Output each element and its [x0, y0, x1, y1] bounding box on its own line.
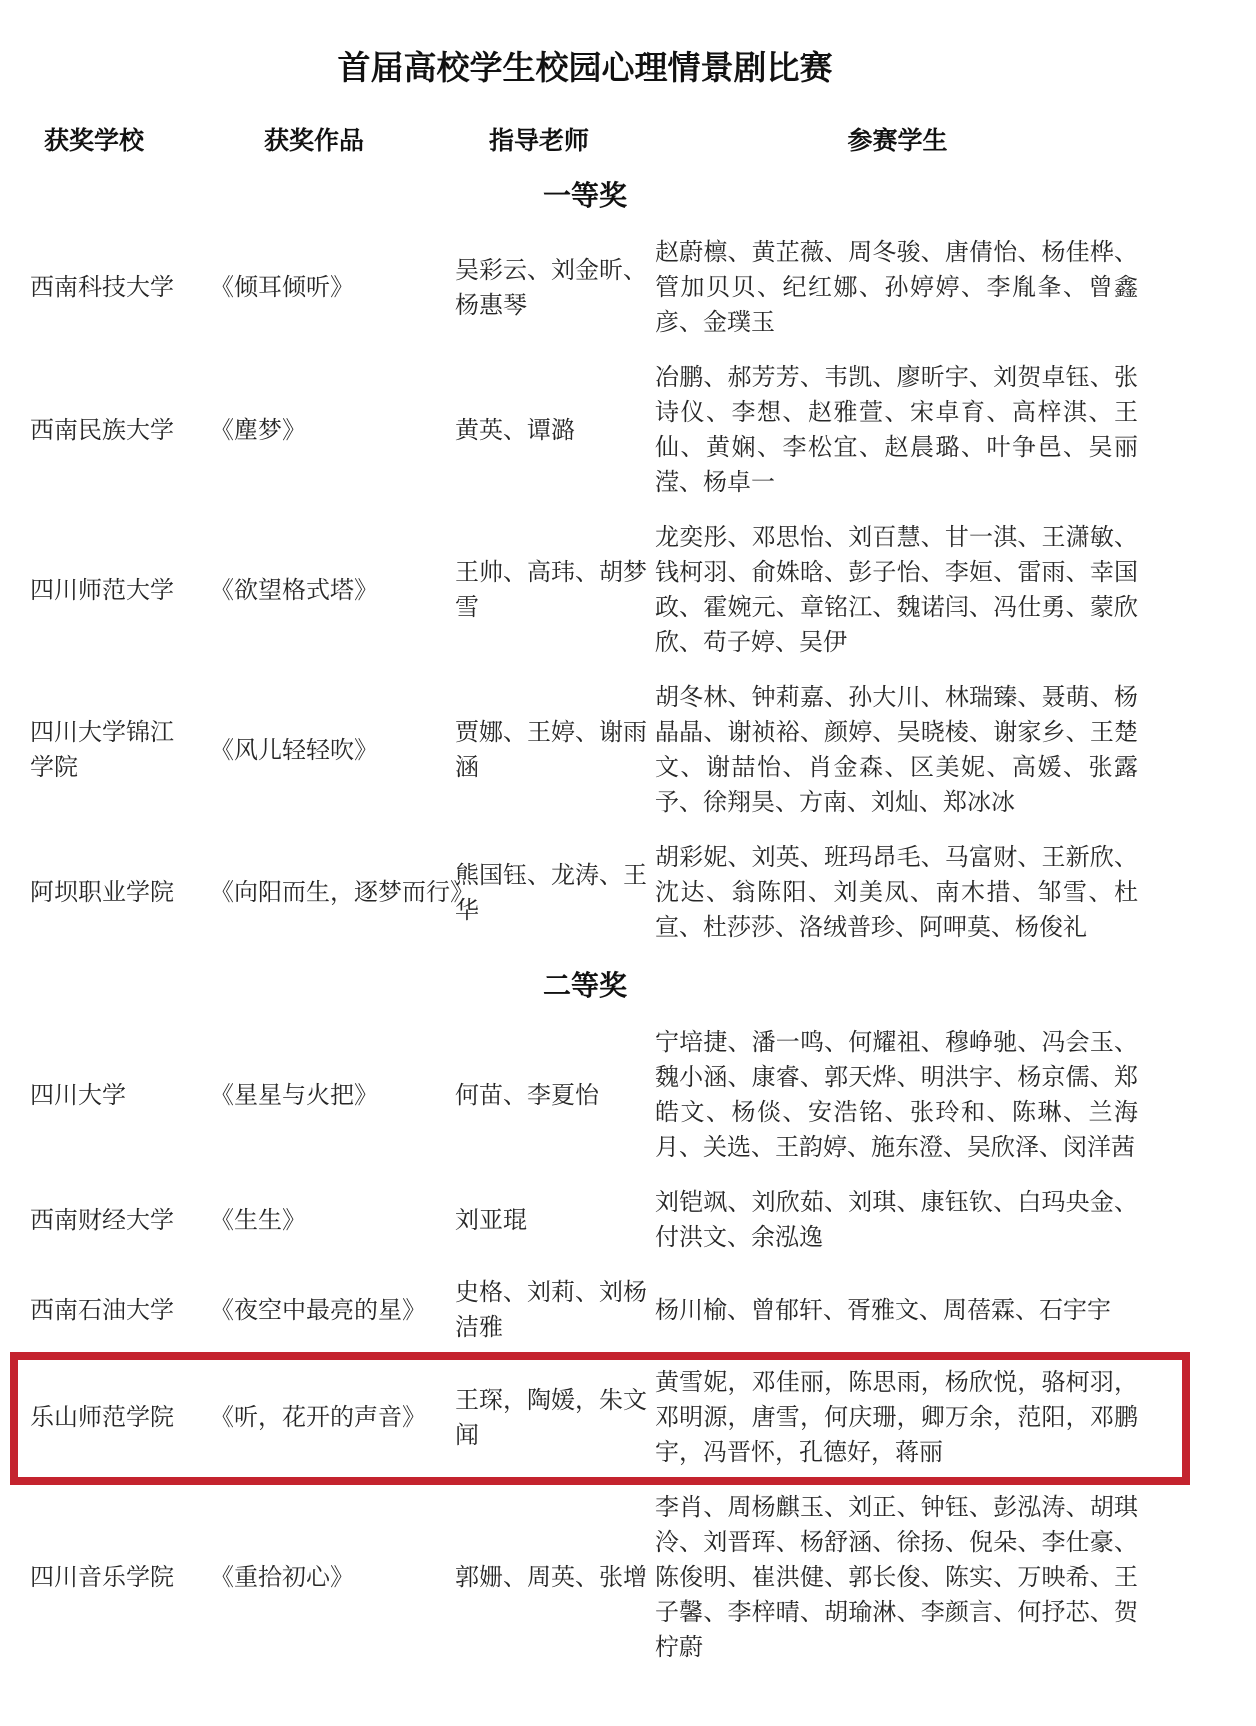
table-row: 乐山师范学院 《听，花开的声音》 王琛，陶媛，朱文闻 黄雪妮，邓佳丽，陈思雨，杨… [30, 1366, 1140, 1471]
cell-teachers: 贾娜、王婷、谢雨涵 [455, 716, 651, 786]
table-row: 阿坝职业学院 《向阳而生，逐梦而行》 熊国钰、龙涛、王华 胡彩妮、刘英、班玛昂毛… [30, 841, 1140, 946]
cell-school: 西南民族大学 [30, 414, 180, 449]
table-row: 四川音乐学院 《重拾初心》 郭姗、周英、张增 李肖、周杨麒玉、刘正、钟钰、彭泓涛… [30, 1491, 1140, 1666]
column-header-work: 获奖作品 [210, 124, 455, 158]
cell-school: 四川大学锦江学院 [30, 716, 180, 786]
table-row: 西南石油大学 《夜空中最亮的星》 史格、刘莉、刘杨洁雅 杨川榆、曾郁轩、胥雅文、… [30, 1276, 1140, 1346]
cell-teachers: 吴彩云、刘金昕、杨惠琴 [455, 254, 651, 324]
cell-teachers: 黄英、谭潞 [455, 414, 651, 449]
cell-school: 四川音乐学院 [30, 1561, 180, 1596]
column-header-students: 参赛学生 [655, 124, 1140, 158]
cell-school: 西南石油大学 [30, 1294, 180, 1329]
cell-work: 《塵梦》 [210, 414, 455, 449]
cell-students: 胡冬林、钟莉嘉、孙大川、林瑞臻、聂萌、杨晶晶、谢祯裕、颜婷、吴晓棱、谢家乡、王楚… [655, 681, 1140, 821]
table-row: 西南财经大学 《生生》 刘亚琨 刘铠飒、刘欣茹、刘琪、康钰钦、白玛央金、付洪文、… [30, 1186, 1140, 1256]
cell-students: 冶鹏、郝芳芳、韦凯、廖昕宇、刘贺卓钰、张诗仪、李想、赵雅萱、宋卓育、高梓淇、王仙… [655, 361, 1140, 501]
cell-work: 《欲望格式塔》 [210, 574, 455, 609]
cell-work: 《向阳而生，逐梦而行》 [210, 876, 455, 911]
cell-students: 宁培捷、潘一鸣、何耀祖、穆峥驰、冯会玉、魏小涵、康睿、郭天烨、明洪宇、杨京儒、郑… [655, 1026, 1140, 1166]
cell-teachers: 史格、刘莉、刘杨洁雅 [455, 1276, 651, 1346]
table-row: 西南科技大学 《倾耳倾听》 吴彩云、刘金昕、杨惠琴 赵蔚檩、黄芷薇、周冬骏、唐倩… [30, 236, 1140, 341]
table-header-row: 获奖学校 获奖作品 指导老师 参赛学生 [30, 124, 1140, 158]
cell-teachers: 王琛，陶媛，朱文闻 [455, 1384, 651, 1454]
cell-work: 《夜空中最亮的星》 [210, 1294, 455, 1329]
cell-teachers: 刘亚琨 [455, 1204, 651, 1239]
cell-teachers: 郭姗、周英、张增 [455, 1561, 651, 1596]
cell-work: 《听，花开的声音》 [210, 1401, 455, 1436]
cell-students: 杨川榆、曾郁轩、胥雅文、周蓓霖、石宇宇 [655, 1294, 1140, 1329]
table-row: 西南民族大学 《塵梦》 黄英、谭潞 冶鹏、郝芳芳、韦凯、廖昕宇、刘贺卓钰、张诗仪… [30, 361, 1140, 501]
table-body: 一等奖 西南科技大学 《倾耳倾听》 吴彩云、刘金昕、杨惠琴 赵蔚檩、黄芷薇、周冬… [30, 176, 1140, 1666]
cell-school: 西南财经大学 [30, 1204, 180, 1239]
award-heading: 一等奖 [30, 176, 1140, 216]
cell-work: 《星星与火把》 [210, 1079, 455, 1114]
document-page: 首届高校学生校园心理情景剧比赛 获奖学校 获奖作品 指导老师 参赛学生 一等奖 … [0, 0, 1256, 1726]
cell-students: 李肖、周杨麒玉、刘正、钟钰、彭泓涛、胡琪泠、刘晋珲、杨舒涵、徐扬、倪朵、李仕豪、… [655, 1491, 1140, 1666]
cell-work: 《倾耳倾听》 [210, 271, 455, 306]
cell-students: 刘铠飒、刘欣茹、刘琪、康钰钦、白玛央金、付洪文、余泓逸 [655, 1186, 1140, 1256]
column-header-school: 获奖学校 [30, 124, 210, 158]
cell-teachers: 何苗、李夏怡 [455, 1079, 651, 1114]
cell-school: 西南科技大学 [30, 271, 180, 306]
cell-school: 四川大学 [30, 1079, 180, 1114]
cell-teachers: 熊国钰、龙涛、王华 [455, 859, 651, 929]
cell-work: 《生生》 [210, 1204, 455, 1239]
cell-school: 四川师范大学 [30, 574, 180, 609]
cell-work: 《风儿轻轻吹》 [210, 734, 455, 769]
cell-school: 阿坝职业学院 [30, 876, 180, 911]
award-heading: 二等奖 [30, 966, 1140, 1006]
cell-work: 《重拾初心》 [210, 1561, 455, 1596]
page-title: 首届高校学生校园心理情景剧比赛 [30, 46, 1140, 90]
cell-students: 龙奕彤、邓思怡、刘百慧、甘一淇、王潇敏、钱柯羽、俞姝晗、彭子怡、李姮、雷雨、幸国… [655, 521, 1140, 661]
cell-teachers: 王帅、高玮、胡梦雪 [455, 556, 651, 626]
table-row: 四川大学 《星星与火把》 何苗、李夏怡 宁培捷、潘一鸣、何耀祖、穆峥驰、冯会玉、… [30, 1026, 1140, 1166]
table-row: 四川师范大学 《欲望格式塔》 王帅、高玮、胡梦雪 龙奕彤、邓思怡、刘百慧、甘一淇… [30, 521, 1140, 661]
cell-school: 乐山师范学院 [30, 1401, 180, 1436]
column-header-teachers: 指导老师 [455, 124, 655, 158]
cell-students: 黄雪妮，邓佳丽，陈思雨，杨欣悦，骆柯羽，邓明源，唐雪，何庆珊，卿万余，范阳，邓鹏… [655, 1366, 1140, 1471]
cell-students: 赵蔚檩、黄芷薇、周冬骏、唐倩怡、杨佳桦、管加贝贝、纪红娜、孙婷婷、李胤夆、曾鑫彦… [655, 236, 1140, 341]
cell-students: 胡彩妮、刘英、班玛昂毛、马富财、王新欣、沈达、翁陈阳、刘美凤、南木措、邹雪、杜宣… [655, 841, 1140, 946]
table-row: 四川大学锦江学院 《风儿轻轻吹》 贾娜、王婷、谢雨涵 胡冬林、钟莉嘉、孙大川、林… [30, 681, 1140, 821]
